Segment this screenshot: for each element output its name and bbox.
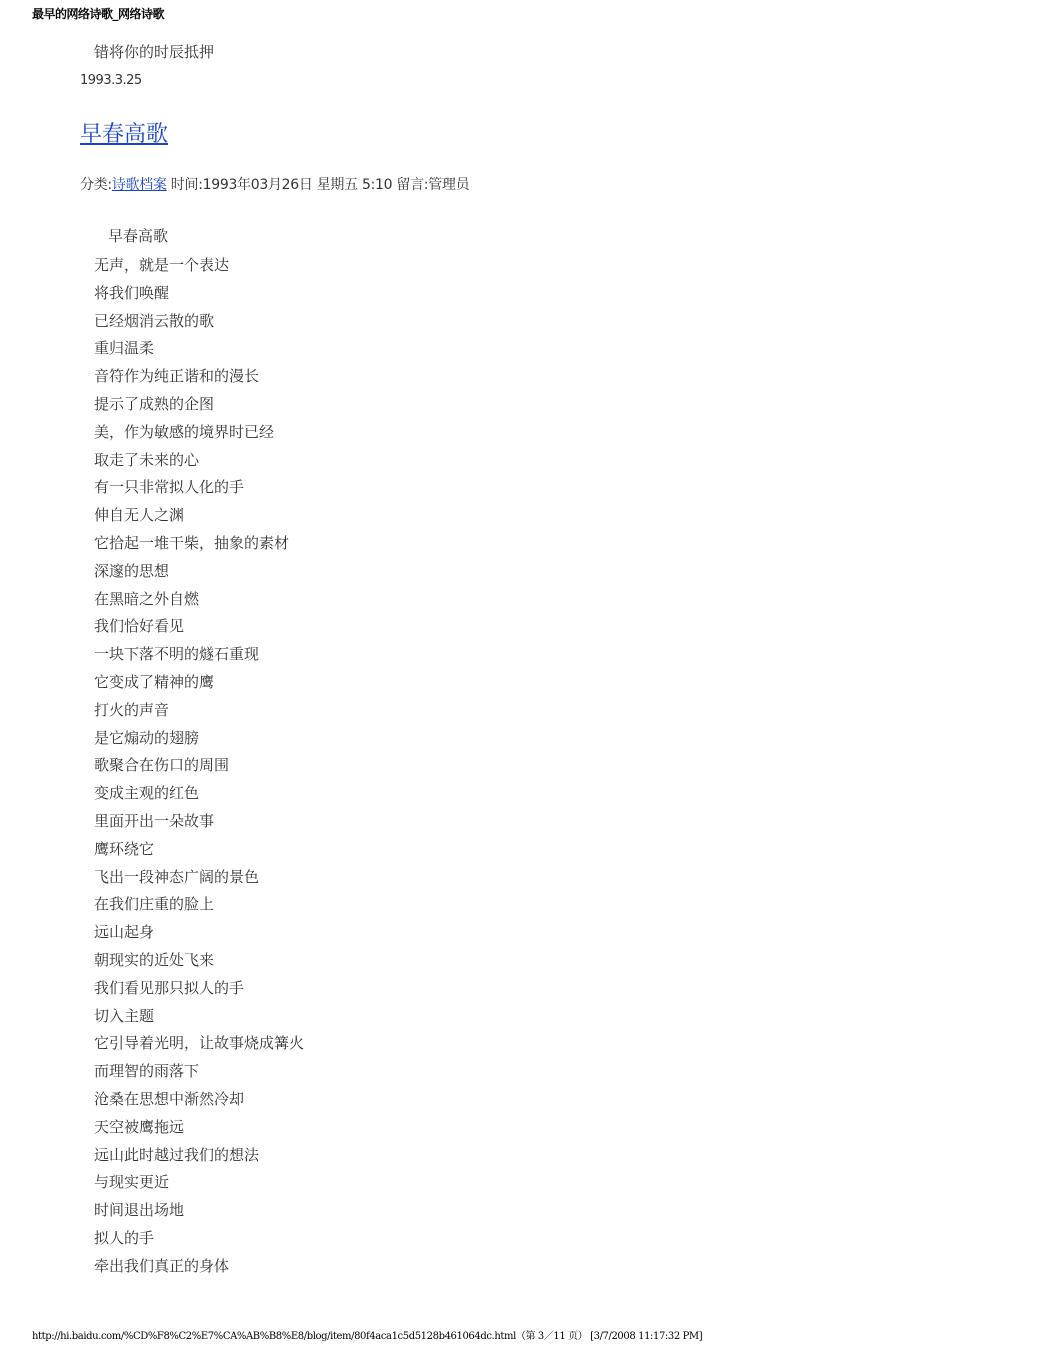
previous-post-date: 1993.3.25	[80, 73, 142, 88]
time-label: 时间:	[171, 177, 203, 193]
poem-line: 远山起身	[94, 922, 304, 950]
page-header-title: 最早的网络诗歌_网络诗歌	[32, 5, 164, 22]
poem-line: 远山此时越过我们的想法	[94, 1145, 304, 1173]
poem-line: 牵出我们真正的身体	[94, 1256, 304, 1284]
poem-line: 它变成了精神的鹰	[94, 672, 304, 700]
poem-line: 它拾起一堆干柴，抽象的素材	[94, 533, 304, 561]
poem-line: 它引导着光明，让故事烧成篝火	[94, 1033, 304, 1061]
comment-label: 留言:	[396, 177, 428, 193]
post-meta: 分类:诗歌档案 时间:1993年03月26日 星期五 5:10 留言:管理员	[80, 174, 469, 194]
poem-line: 在我们庄重的脸上	[94, 894, 304, 922]
poem-line: 一块下落不明的燧石重现	[94, 644, 304, 672]
poem-line: 沧桑在思想中渐然冷却	[94, 1089, 304, 1117]
comment-value: 管理员	[428, 177, 469, 193]
poem-line: 伸自无人之渊	[94, 505, 304, 533]
previous-post-last-line: 错将你的时辰抵押	[94, 41, 214, 62]
page-footer: http://hi.baidu.com/%CD%F8%C2%E7%CA%AB%B…	[32, 1327, 702, 1342]
poem-line: 我们恰好看见	[94, 616, 304, 644]
poem-line: 打火的声音	[94, 700, 304, 728]
poem-line: 美，作为敏感的境界时已经	[94, 422, 304, 450]
post-title-link[interactable]: 早春高歌	[80, 117, 168, 148]
poem-line: 里面开出一朵故事	[94, 811, 304, 839]
poem-line: 变成主观的红色	[94, 783, 304, 811]
poem-line: 深邃的思想	[94, 561, 304, 589]
poem-line: 朝现实的近处飞来	[94, 950, 304, 978]
category-link[interactable]: 诗歌档案	[112, 177, 167, 193]
poem-line: 有一只非常拟人化的手	[94, 477, 304, 505]
poem-line: 取走了未来的心	[94, 450, 304, 478]
poem-line: 音符作为纯正谐和的漫长	[94, 366, 304, 394]
poem-line: 时间退出场地	[94, 1200, 304, 1228]
poem-line: 飞出一段神态广阔的景色	[94, 867, 304, 895]
poem-line: 而理智的雨落下	[94, 1061, 304, 1089]
poem-line: 是它煽动的翅膀	[94, 728, 304, 756]
time-value: 1993年03月26日 星期五 5:10	[203, 177, 393, 193]
footer-url: http://hi.baidu.com/%CD%F8%C2%E7%CA%AB%B…	[32, 1331, 516, 1342]
poem-line: 在黑暗之外自燃	[94, 589, 304, 617]
poem-line: 提示了成熟的企图	[94, 394, 304, 422]
category-label: 分类:	[80, 177, 112, 193]
poem-line: 拟人的手	[94, 1228, 304, 1256]
poem-title: 早春高歌	[94, 226, 304, 255]
poem-line: 无声，就是一个表达	[94, 255, 304, 283]
footer-page-info: （第 3／11 页）	[516, 1331, 587, 1342]
poem-line: 重归温柔	[94, 338, 304, 366]
poem-body: 早春高歌 无声，就是一个表达将我们唤醒已经烟消云散的歌重归温柔音符作为纯正谐和的…	[94, 226, 304, 1283]
poem-line: 与现实更近	[94, 1172, 304, 1200]
poem-line: 我们看见那只拟人的手	[94, 978, 304, 1006]
poem-line: 已经烟消云散的歌	[94, 311, 304, 339]
footer-timestamp: [3/7/2008 11:17:32 PM]	[590, 1331, 702, 1342]
poem-line: 歌聚合在伤口的周围	[94, 755, 304, 783]
poem-line: 切入主题	[94, 1006, 304, 1034]
poem-line: 天空被鹰拖远	[94, 1117, 304, 1145]
poem-lines: 无声，就是一个表达将我们唤醒已经烟消云散的歌重归温柔音符作为纯正谐和的漫长提示了…	[94, 255, 304, 1283]
poem-line: 将我们唤醒	[94, 283, 304, 311]
poem-line: 鹰环绕它	[94, 839, 304, 867]
